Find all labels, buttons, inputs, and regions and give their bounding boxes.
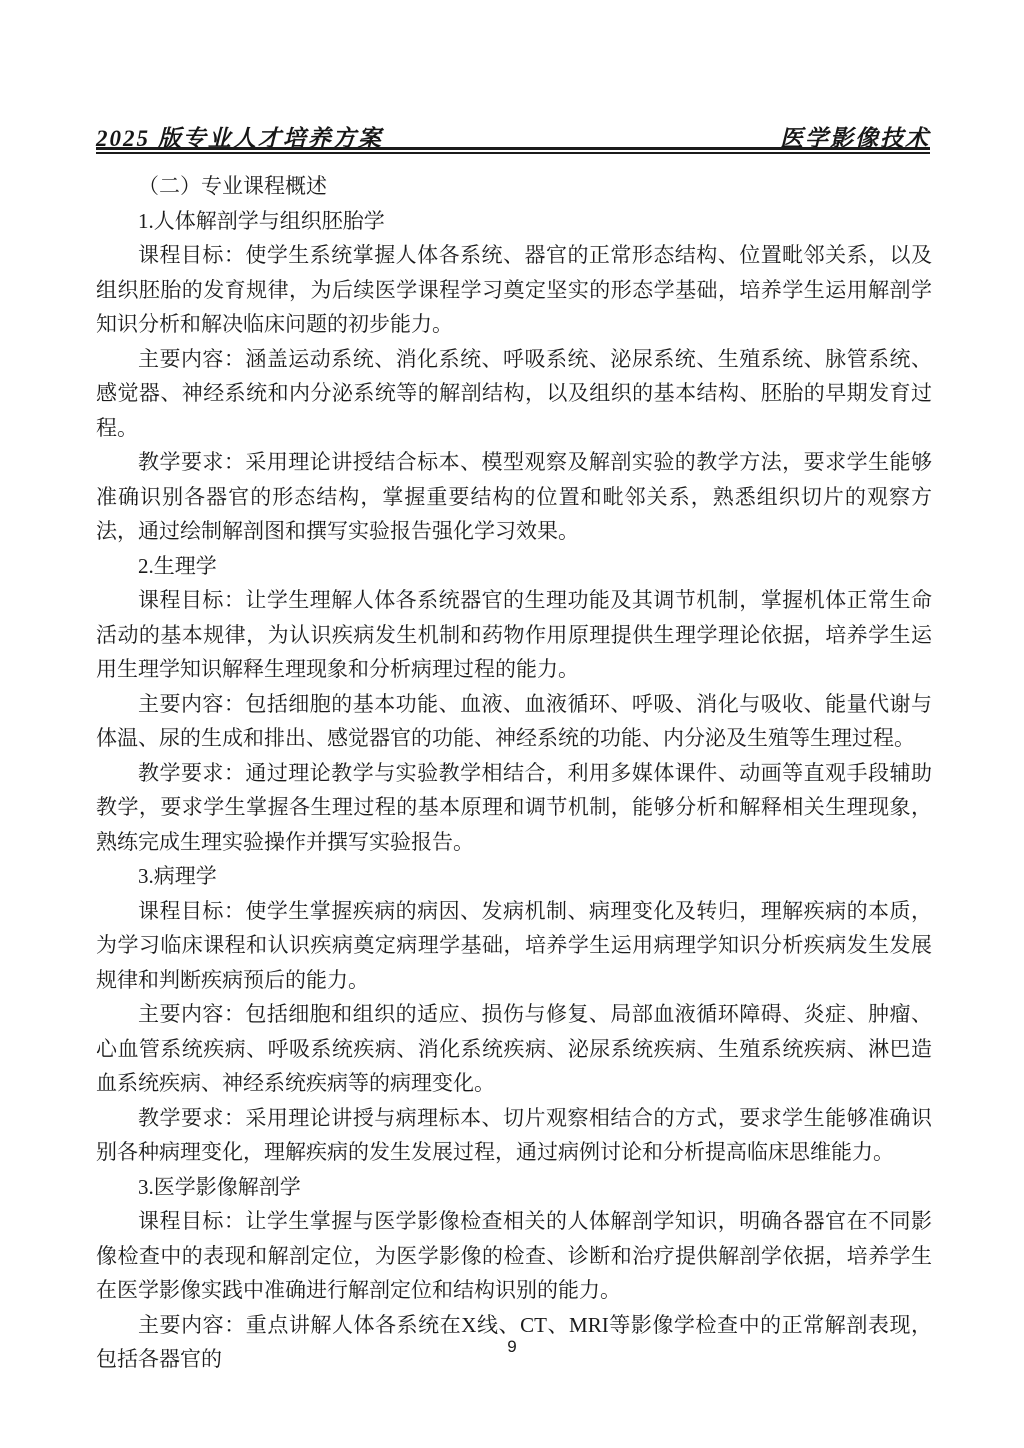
document-body: （二）专业课程概述 1.人体解剖学与组织胚胎学课程目标：使学生系统掌握人体各系统… xyxy=(96,169,932,1377)
course-paragraph: 课程目标：使学生掌握疾病的病因、发病机制、病理变化及转归，理解疾病的本质，为学习… xyxy=(96,894,932,998)
course-title: 3.病理学 xyxy=(96,859,932,894)
page-footer: 9 xyxy=(0,1336,1024,1358)
section-heading: （二）专业课程概述 xyxy=(96,169,932,204)
course-title: 2.生理学 xyxy=(96,549,932,584)
course-title: 1.人体解剖学与组织胚胎学 xyxy=(96,204,932,239)
course-paragraph: 主要内容：涵盖运动系统、消化系统、呼吸系统、泌尿系统、生殖系统、脉管系统、感觉器… xyxy=(96,342,932,446)
course-paragraph: 教学要求：通过理论教学与实验教学相结合，利用多媒体课件、动画等直观手段辅助教学，… xyxy=(96,756,932,860)
course-paragraph: 课程目标：使学生系统掌握人体各系统、器官的正常形态结构、位置毗邻关系，以及组织胚… xyxy=(96,238,932,342)
course-paragraph: 教学要求：采用理论讲授结合标本、模型观察及解剖实验的教学方法，要求学生能够准确识… xyxy=(96,445,932,549)
page-number: 9 xyxy=(507,1337,516,1356)
course-title: 3.医学影像解剖学 xyxy=(96,1170,932,1205)
course-paragraph: 教学要求：采用理论讲授与病理标本、切片观察相结合的方式，要求学生能够准确识别各种… xyxy=(96,1101,932,1170)
header-double-rule xyxy=(96,147,930,154)
course-paragraph: 课程目标：让学生理解人体各系统器官的生理功能及其调节机制，掌握机体正常生命活动的… xyxy=(96,583,932,687)
course-paragraph: 主要内容：包括细胞和组织的适应、损伤与修复、局部血液循环障碍、炎症、肿瘤、心血管… xyxy=(96,997,932,1101)
course-paragraph: 主要内容：包括细胞的基本功能、血液、血液循环、呼吸、消化与吸收、能量代谢与体温、… xyxy=(96,687,932,756)
document-page: 2025 版专业人才培养方案 医学影像技术 （二）专业课程概述 1.人体解剖学与… xyxy=(0,0,1024,1448)
course-sections: 1.人体解剖学与组织胚胎学课程目标：使学生系统掌握人体各系统、器官的正常形态结构… xyxy=(96,204,932,1377)
course-paragraph: 课程目标：让学生掌握与医学影像检查相关的人体解剖学知识，明确各器官在不同影像检查… xyxy=(96,1204,932,1308)
